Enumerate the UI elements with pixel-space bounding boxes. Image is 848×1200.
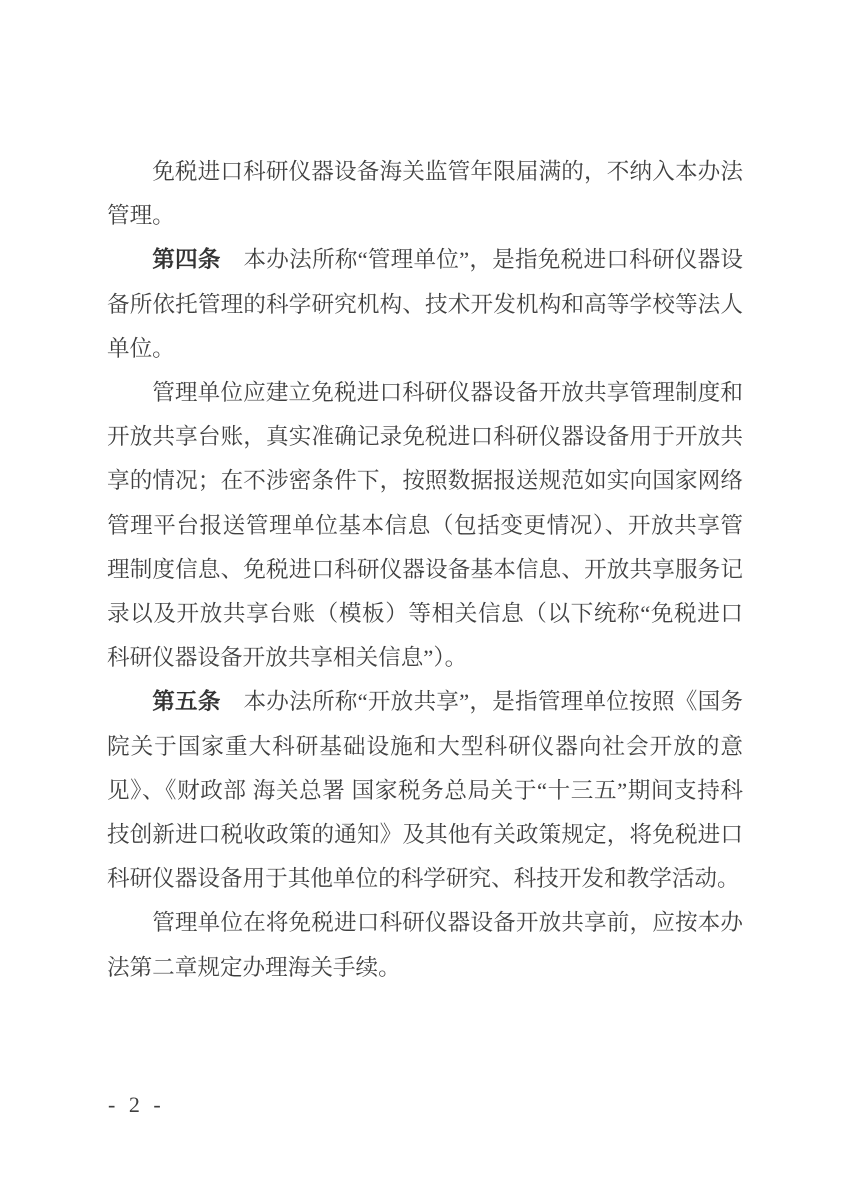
page-number: - 2 -: [108, 1092, 165, 1118]
paragraph-text: 管理单位应建立免税进口科研仪器设备开放共享管理制度和开放共享台账，真实准确记录免…: [107, 380, 743, 670]
paragraph: 第五条 本办法所称“开放共享”，是指管理单位按照《国务院关于国家重大科研基础设施…: [107, 680, 743, 901]
paragraph: 第四条 本办法所称“管理单位”，是指免税进口科研仪器设备所依托管理的科学研究机构…: [107, 238, 743, 371]
paragraph: 管理单位应建立免税进口科研仪器设备开放共享管理制度和开放共享台账，真实准确记录免…: [107, 371, 743, 680]
paragraph: 管理单位在将免税进口科研仪器设备开放共享前，应按本办法第二章规定办理海关手续。: [107, 901, 743, 989]
article-number: 第四条: [152, 247, 220, 272]
document-page: 免税进口科研仪器设备海关监管年限届满的，不纳入本办法管理。 第四条 本办法所称“…: [0, 0, 848, 1200]
paragraph-text: 本办法所称“开放共享”，是指管理单位按照《国务院关于国家重大科研基础设施和大型科…: [107, 689, 743, 891]
paragraph: 免税进口科研仪器设备海关监管年限届满的，不纳入本办法管理。: [107, 150, 743, 238]
paragraph-text: 免税进口科研仪器设备海关监管年限届满的，不纳入本办法管理。: [107, 159, 743, 228]
paragraph-text: 管理单位在将免税进口科研仪器设备开放共享前，应按本办法第二章规定办理海关手续。: [107, 910, 743, 979]
document-body: 免税进口科研仪器设备海关监管年限届满的，不纳入本办法管理。 第四条 本办法所称“…: [107, 150, 743, 990]
article-number: 第五条: [152, 689, 220, 714]
